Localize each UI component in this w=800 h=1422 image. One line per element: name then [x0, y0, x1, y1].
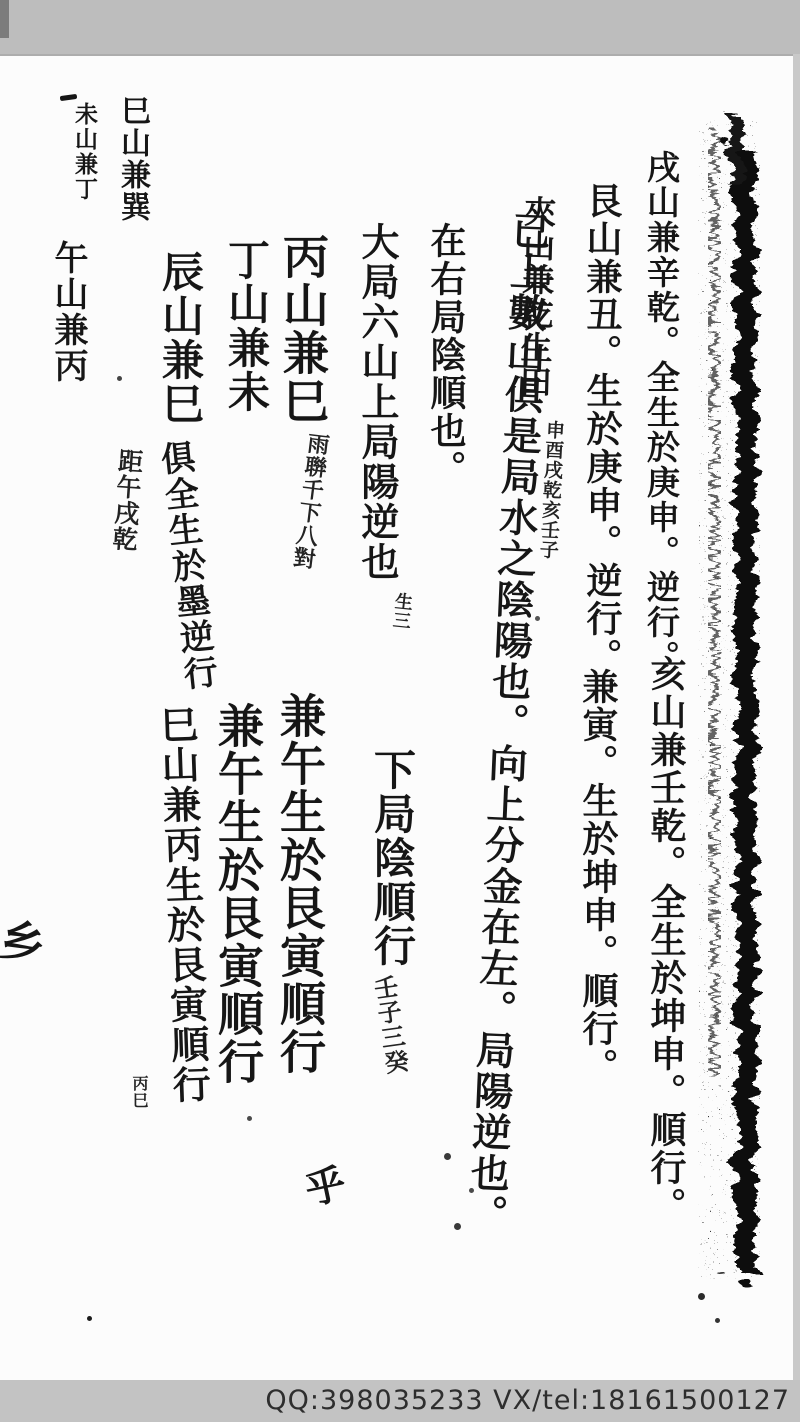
scan-corner-shadow	[0, 0, 9, 38]
annotation-daju: 生三	[386, 591, 416, 632]
annotation-bing-mountain: 雨聨千下八對	[286, 431, 334, 572]
text-column-daju-liushan: 大局六山上局陽逆也	[350, 222, 405, 582]
ink-dash-mark	[60, 94, 78, 101]
text-column-jian-wu-1: 兼午生於艮寅順行	[267, 692, 333, 1076]
scan-margin-bottom: QQ:398035233 VX/tel:18161500127	[0, 1380, 800, 1422]
text-column-hai-mountain: 亥山兼壬乾。全生於坤申。順行。	[640, 655, 691, 1225]
text-column-jian-wu-2: 兼午生於艮寅順行	[205, 702, 271, 1086]
annotation-xiaju: 壬子三癸	[365, 973, 414, 1077]
text-column-bing-mountain: 丙山兼巳	[270, 233, 336, 425]
edge-clipped-character: 乡	[0, 910, 57, 973]
annotation-chen-mountain: 距午戌乾	[104, 447, 147, 553]
text-column-ding-mountain: 丁山兼未	[216, 238, 276, 414]
text-column-jian-yin: 兼寅。生於坤申。順行。	[572, 668, 623, 1086]
text-column-summary-right: 在右局陰順也。	[420, 222, 471, 488]
text-column-chen-mountain: 辰山兼巳	[150, 250, 210, 426]
text-column-ju-quan-sheng: 俱全生於墨逆行	[149, 438, 224, 694]
annotation-si-jian-bing: 丙巳	[128, 1075, 151, 1109]
scan-margin-top	[0, 0, 800, 56]
text-column-xiaju: 下局陰順行	[362, 748, 422, 968]
text-column-gen-mountain: 艮山兼丑。生於庚申。逆行。	[576, 182, 627, 676]
text-column-wu-mountain: 午山兼丙	[44, 240, 93, 384]
stray-character: 乎	[290, 1161, 354, 1214]
ink-specks	[87, 1316, 92, 1321]
text-column-wei-mountain: 未山兼丁	[68, 102, 101, 202]
watermark-text: QQ:398035233 VX/tel:18161500127	[265, 1380, 800, 1422]
text-column-si-mountain: 巳山兼巽	[110, 95, 154, 223]
text-column-xu-mountain: 戌山兼辛乾。全生於庚申。逆行。	[638, 150, 685, 675]
scan-gutter-artifact	[690, 0, 800, 1422]
